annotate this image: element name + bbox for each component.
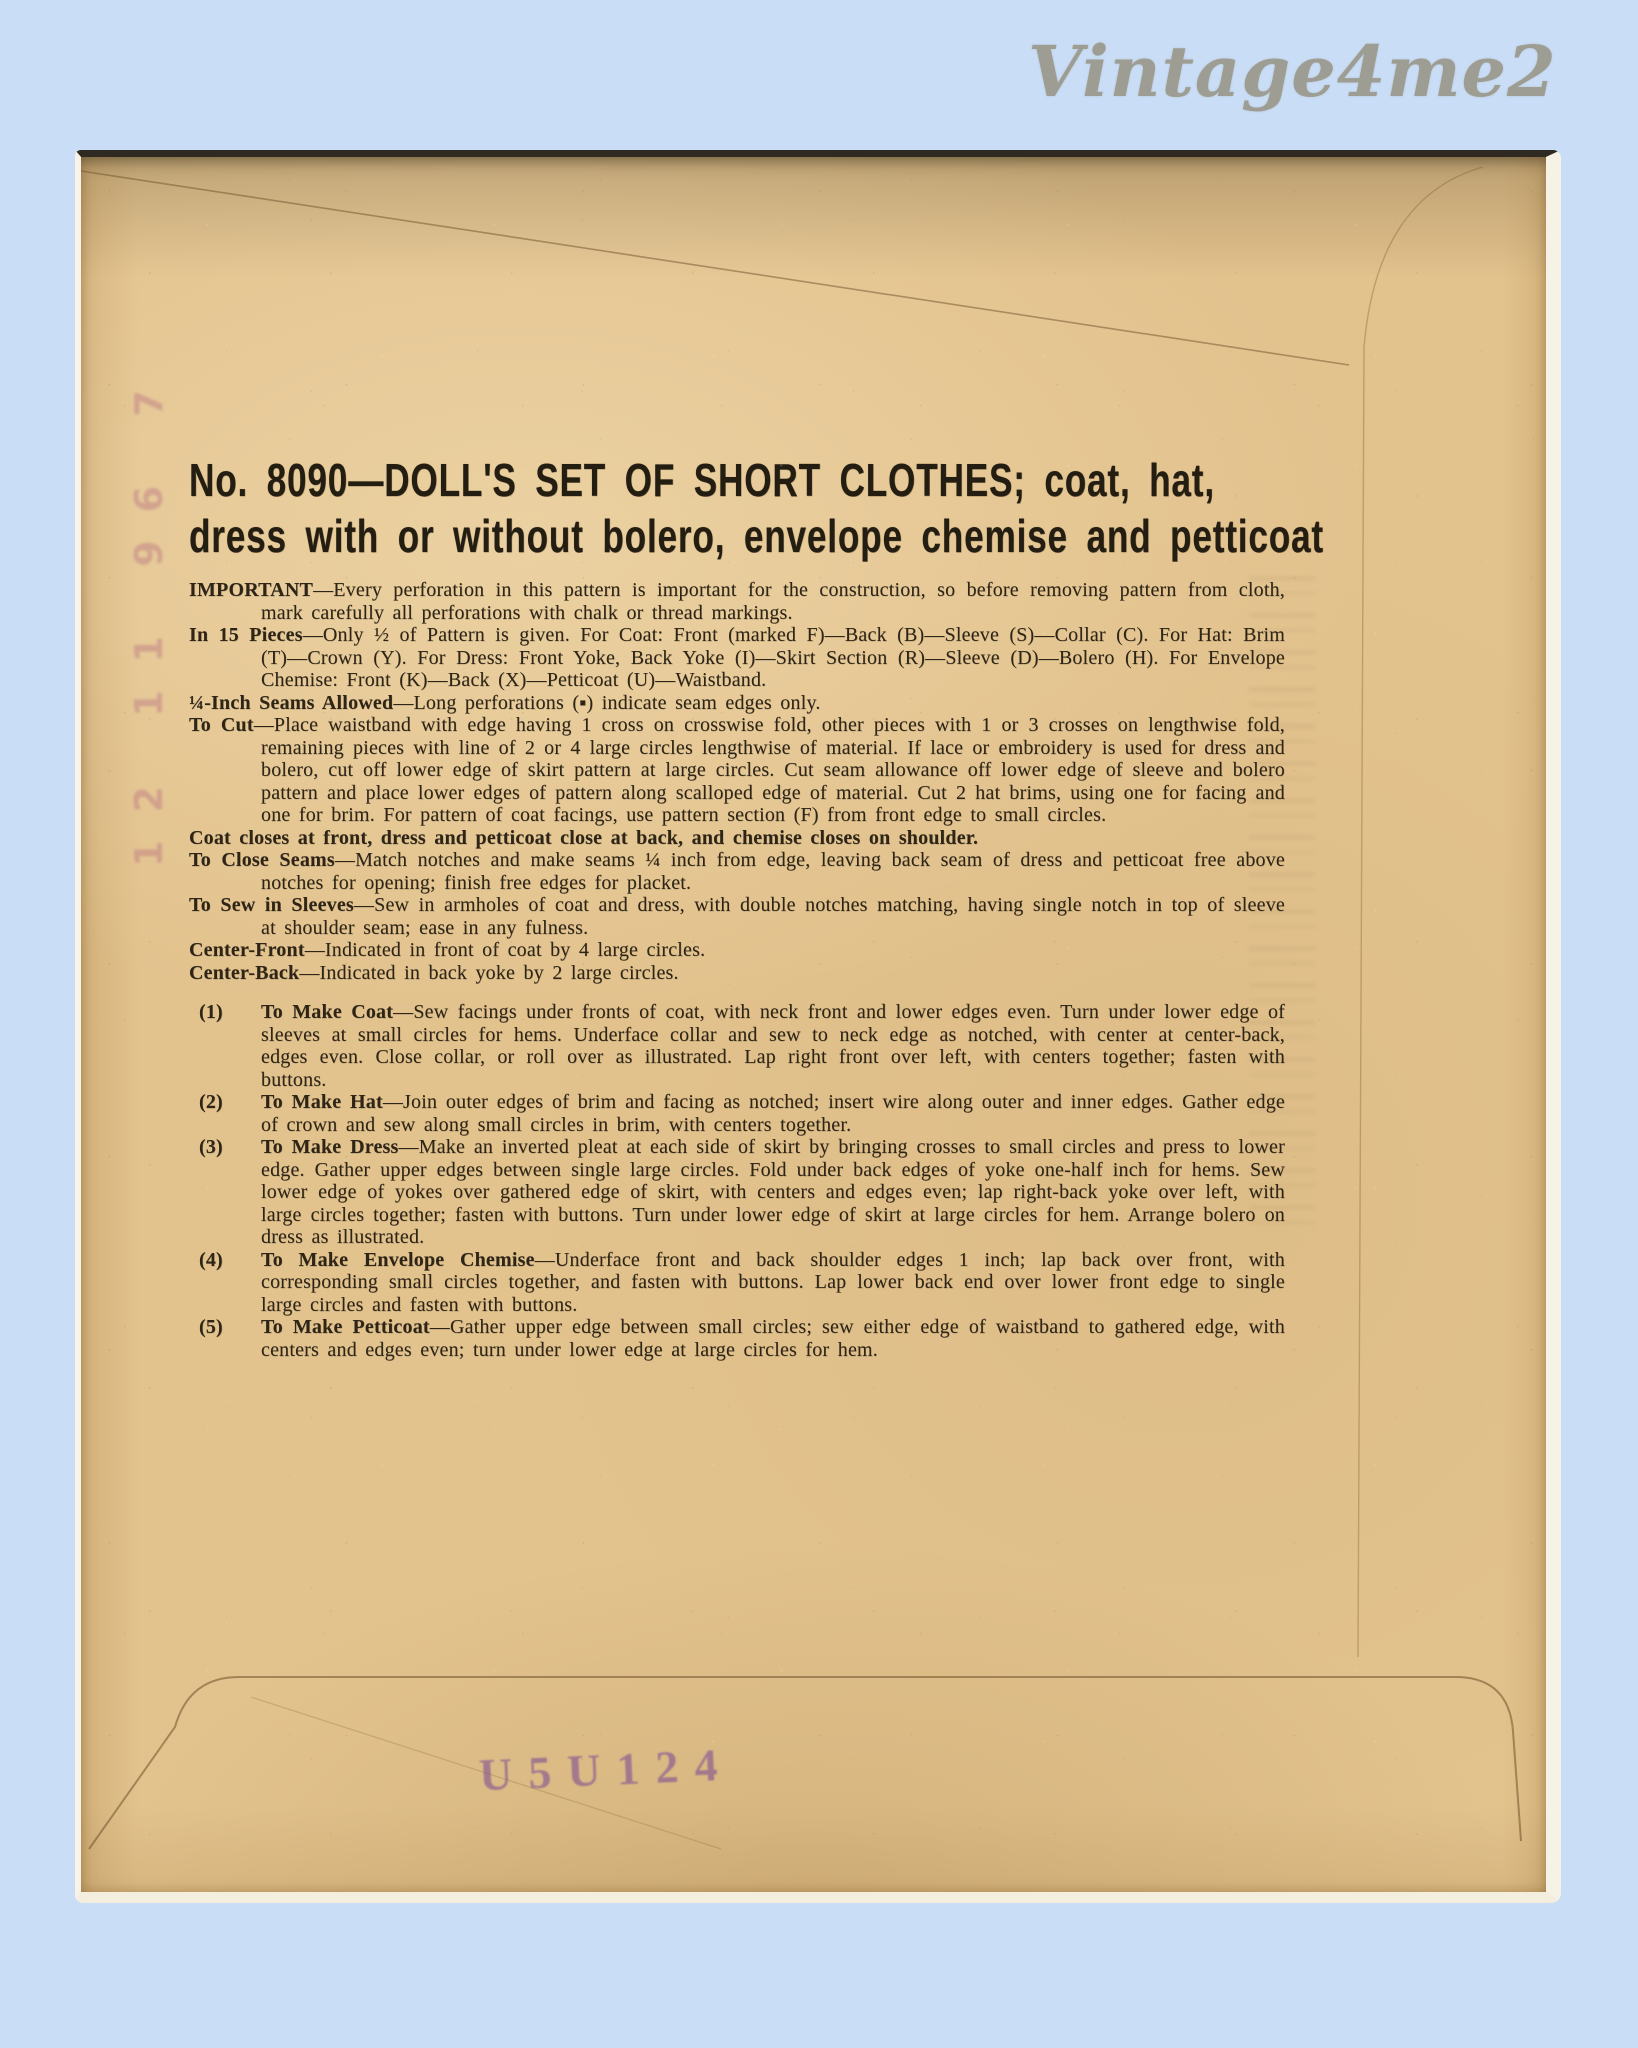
instruction-important: IMPORTANT—Every perforation in this patt… (189, 579, 1285, 624)
step-text: To Make Coat—Sew facings under fronts of… (261, 1001, 1285, 1091)
step-make-coat: (1) To Make Coat—Sew facings under front… (189, 1001, 1285, 1091)
step-number: (2) (199, 1091, 223, 1114)
step-text: To Make Dress—Make an inverted pleat at … (261, 1136, 1285, 1249)
body-text: —Indicated in front of coat by 4 large c… (305, 939, 706, 961)
body-text: —Only ½ of Pattern is given. For Coat: F… (261, 624, 1285, 691)
pattern-envelope-back: 12 11 96 7 No. 8090—DOLL'S SET OF SHORT … (75, 150, 1561, 1903)
body-text: —Long perforations (▪) indicate seam edg… (393, 692, 820, 714)
watermark-text: Vintage4me2 (1028, 30, 1588, 113)
printed-instructions: No. 8090—DOLL'S SET OF SHORT CLOTHES; co… (189, 453, 1285, 1361)
step-text: To Make Hat—Join outer edges of brim and… (261, 1091, 1285, 1136)
step-number: (3) (199, 1136, 223, 1159)
body-text: —Indicated in back yoke by 2 large circl… (299, 962, 678, 984)
step-number: (5) (199, 1316, 223, 1339)
step-number: (1) (199, 1001, 223, 1024)
term-label: ¼-Inch Seams Allowed (189, 692, 393, 714)
body-text: —Join outer edges of brim and facing as … (261, 1091, 1285, 1136)
left-edge-faded-stamp: 12 11 96 7 (127, 427, 171, 867)
term-label: To Make Envelope Chemise (261, 1249, 535, 1271)
instruction-center-front: Center-Front—Indicated in front of coat … (189, 939, 1285, 962)
term-label: To Sew in Sleeves (189, 894, 354, 916)
term-label: IMPORTANT (189, 579, 313, 601)
term-label: To Make Hat (261, 1091, 383, 1113)
instruction-center-back: Center-Back—Indicated in back yoke by 2 … (189, 962, 1285, 985)
instruction-closures: Coat closes at front, dress and petticoa… (189, 827, 1285, 850)
step-make-hat: (2) To Make Hat—Join outer edges of brim… (189, 1091, 1285, 1136)
term-label: In 15 Pieces (189, 624, 303, 646)
term-label: Center-Back (189, 962, 299, 984)
body-text: —Make an inverted pleat at each side of … (261, 1136, 1285, 1248)
instruction-to-cut: To Cut—Place waistband with edge having … (189, 714, 1285, 827)
scanned-pattern-envelope-page: { "watermark": "Vintage4me2", "colors": … (0, 0, 1638, 2048)
step-make-envelope-chemise: (4) To Make Envelope Chemise—Underface f… (189, 1249, 1285, 1317)
step-text: To Make Petticoat—Gather upper edge betw… (261, 1316, 1285, 1361)
step-make-dress: (3) To Make Dress—Make an inverted pleat… (189, 1136, 1285, 1249)
term-label: To Close Seams (189, 849, 335, 871)
instruction-close-seams: To Close Seams—Match notches and make se… (189, 849, 1285, 894)
instruction-seams-allowed: ¼-Inch Seams Allowed—Long perforations (… (189, 692, 1285, 715)
term-label: To Make Dress (261, 1136, 399, 1158)
pattern-title: No. 8090—DOLL'S SET OF SHORT CLOTHES; co… (189, 453, 1285, 565)
body-text: —Sew in armholes of coat and dress, with… (261, 894, 1285, 939)
step-make-petticoat: (5) To Make Petticoat—Gather upper edge … (189, 1316, 1285, 1361)
term-label: To Make Petticoat (261, 1316, 430, 1338)
bottom-purple-ink-stamp: U5U124 (478, 1737, 735, 1801)
pattern-title-line2: dress with or without bolero, envelope c… (189, 507, 1066, 566)
pattern-title-line1: No. 8090—DOLL'S SET OF SHORT CLOTHES; co… (189, 451, 1066, 510)
making-steps-list: (1) To Make Coat—Sew facings under front… (189, 1001, 1285, 1361)
body-text: —Place waistband with edge having 1 cros… (254, 714, 1285, 826)
instruction-pieces: In 15 Pieces—Only ½ of Pattern is given.… (189, 624, 1285, 692)
term-label: Coat closes at front, dress and petticoa… (189, 827, 978, 849)
body-text: —Sew facings under fronts of coat, with … (261, 1001, 1285, 1091)
body-text: —Every perforation in this pattern is im… (261, 579, 1285, 624)
term-label: To Make Coat (261, 1001, 393, 1023)
term-label: Center-Front (189, 939, 305, 961)
body-text: —Match notches and make seams ¼ inch fro… (261, 849, 1285, 894)
term-label: To Cut (189, 714, 254, 736)
step-text: To Make Envelope Chemise—Underface front… (261, 1249, 1285, 1317)
step-number: (4) (199, 1249, 223, 1272)
instruction-sew-in-sleeves: To Sew in Sleeves—Sew in armholes of coa… (189, 894, 1285, 939)
